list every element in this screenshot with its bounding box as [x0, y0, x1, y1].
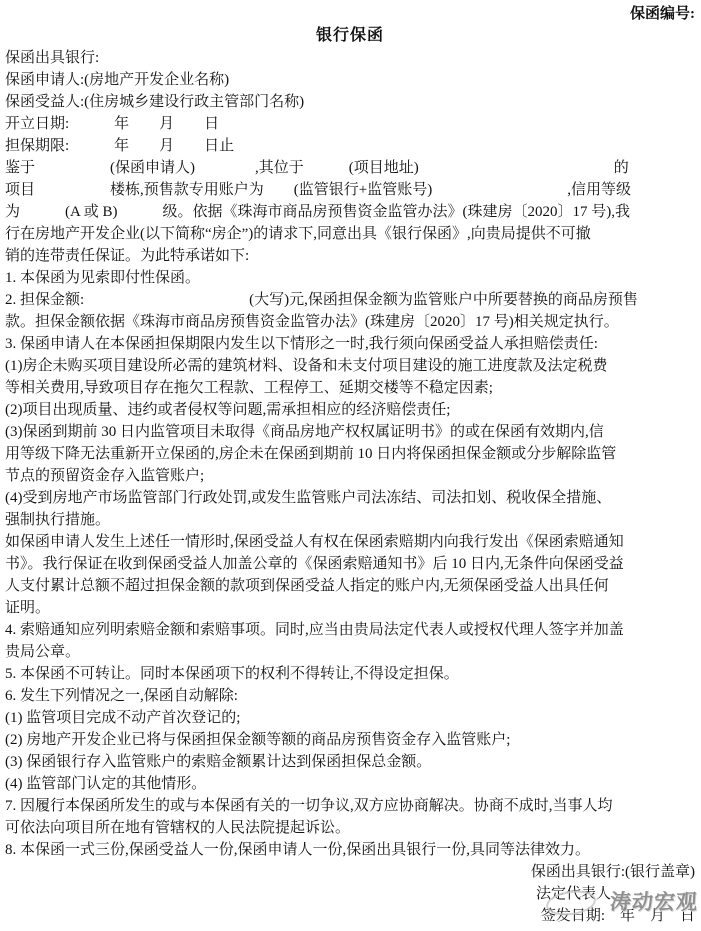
doc-line-clause-3: 3. 保函申请人在本保函担保期限内发生以下情形之一时,我行须向保函受益人承担赔偿… [5, 333, 695, 355]
doc-line: (2) 房地产开发企业已将与保函担保金额等额的商品房预售资金存入监管账户; [5, 729, 695, 751]
footer-issue-date: 签发日期: 年 月 日 [5, 905, 695, 927]
doc-line-applicant: 保函申请人:(房地产开发企业名称) [5, 69, 695, 91]
doc-line: (4) 监管部门认定的其他情形。 [5, 773, 695, 795]
doc-line: 贵局公章。 [5, 641, 695, 663]
doc-line-issuing-bank: 保函出具银行: [5, 47, 695, 69]
doc-line: (4)受到房地产市场监管部门行政处罚,或发生监管账户司法冻结、司法扣划、税收保全… [5, 487, 695, 509]
doc-line-clause-7: 7. 因履行本保函所发生的或与本保函有关的一切争议,双方应协商解决。协商不成时,… [5, 795, 695, 817]
doc-line-clause-5: 5. 本保函不可转让。同时本保函项下的权利不得转让,不得设定担保。 [5, 663, 695, 685]
footer-legal-representative: 法定代表人 [5, 883, 695, 905]
doc-line: (2)项目出现质量、违约或者侵权等问题,需承担相应的经济赔偿责任; [5, 399, 695, 421]
doc-line: (3) 保函银行存入监管账户的索赔金额累计达到保函担保总金额。 [5, 751, 695, 773]
guarantee-number-label: 保函编号: [5, 3, 695, 25]
doc-line: 人支付累计总额不超过担保金额的款项到保函受益人指定的账户内,无须保函受益人出具任… [5, 575, 695, 597]
doc-line-clause-1: 1. 本保函为见索即付性保函。 [5, 267, 695, 289]
doc-line: 等相关费用,导致项目存在拖欠工程款、工程停工、延期交楼等不稳定因素; [5, 377, 695, 399]
doc-line-beneficiary: 保函受益人:(住房城乡建设行政主管部门名称) [5, 91, 695, 113]
doc-line: 销的连带责任保证。为此特承诺如下: [5, 245, 695, 267]
doc-line: 可依法向项目所在地有管辖权的人民法院提起诉讼。 [5, 817, 695, 839]
doc-line: 证明。 [5, 597, 695, 619]
document-body: 保函编号: 银行保函 保函出具银行: 保函申请人:(房地产开发企业名称) 保函受… [5, 3, 695, 927]
doc-line: 用等级下降无法重新开立保函的,房企未在保函到期前 10 日内将保函担保金额或分步… [5, 443, 695, 465]
footer-issuing-bank-seal: 保函出具银行:(银行盖章) [5, 861, 695, 883]
doc-line: 如保函申请人发生上述任一情形时,保函受益人有权在保函索赔期内向我行发出《保函索赔… [5, 531, 695, 553]
doc-line-guarantee-period: 担保期限: 年 月 日止 [5, 135, 695, 157]
bank-guarantee-document: 保函编号: 银行保函 保函出具银行: 保函申请人:(房地产开发企业名称) 保函受… [0, 0, 701, 931]
doc-line: 款。担保金额依据《珠海市商品房预售资金监管办法》(珠建房〔2020〕17 号)相… [5, 311, 695, 333]
doc-line-open-date: 开立日期: 年 月 日 [5, 113, 695, 135]
doc-line: 书》。我行保证在收到保函受益人加盖公章的《保函索赔通知书》后 10 日内,无条件… [5, 553, 695, 575]
doc-line: 行在房地产开发企业(以下简称“房企”)的请求下,同意出具《银行保函》,向贵局提供… [5, 223, 695, 245]
doc-line: 节点的预留资金存入监管账户; [5, 465, 695, 487]
doc-line: 为 (A 或 B) 级。依据《珠海市商品房预售资金监管办法》(珠建房〔2020〕… [5, 201, 695, 223]
doc-line: 强制执行措施。 [5, 509, 695, 531]
document-title: 银行保函 [5, 25, 695, 47]
doc-line: (3)保函到期前 30 日内监管项目未取得《商品房地产权权属证明书》的或在保函有… [5, 421, 695, 443]
doc-line-clause-8: 8. 本保函一式三份,保函受益人一份,保函申请人一份,保函出具银行一份,具同等法… [5, 839, 695, 861]
doc-line: (1)房企未购买项目建设所必需的建筑材料、设备和未支付项目建设的施工进度款及法定… [5, 355, 695, 377]
doc-line: 鉴于 (保函申请人) ,其位于 (项目地址) 的 [5, 157, 695, 179]
doc-line-clause-2: 2. 担保金额: (大写)元,保函担保金额为监管账户中所要替换的商品房预售 [5, 289, 695, 311]
doc-line-clause-6: 6. 发生下列情况之一,保函自动解除: [5, 685, 695, 707]
doc-line-clause-4: 4. 索赔通知应列明索赔金额和索赔事项。同时,应当由贵局法定代表人或授权代理人签… [5, 619, 695, 641]
doc-line: (1) 监管项目完成不动产首次登记的; [5, 707, 695, 729]
doc-line: 项目 楼栋,预售款专用账户为 (监管银行+监管账号) ,信用等级 [5, 179, 695, 201]
